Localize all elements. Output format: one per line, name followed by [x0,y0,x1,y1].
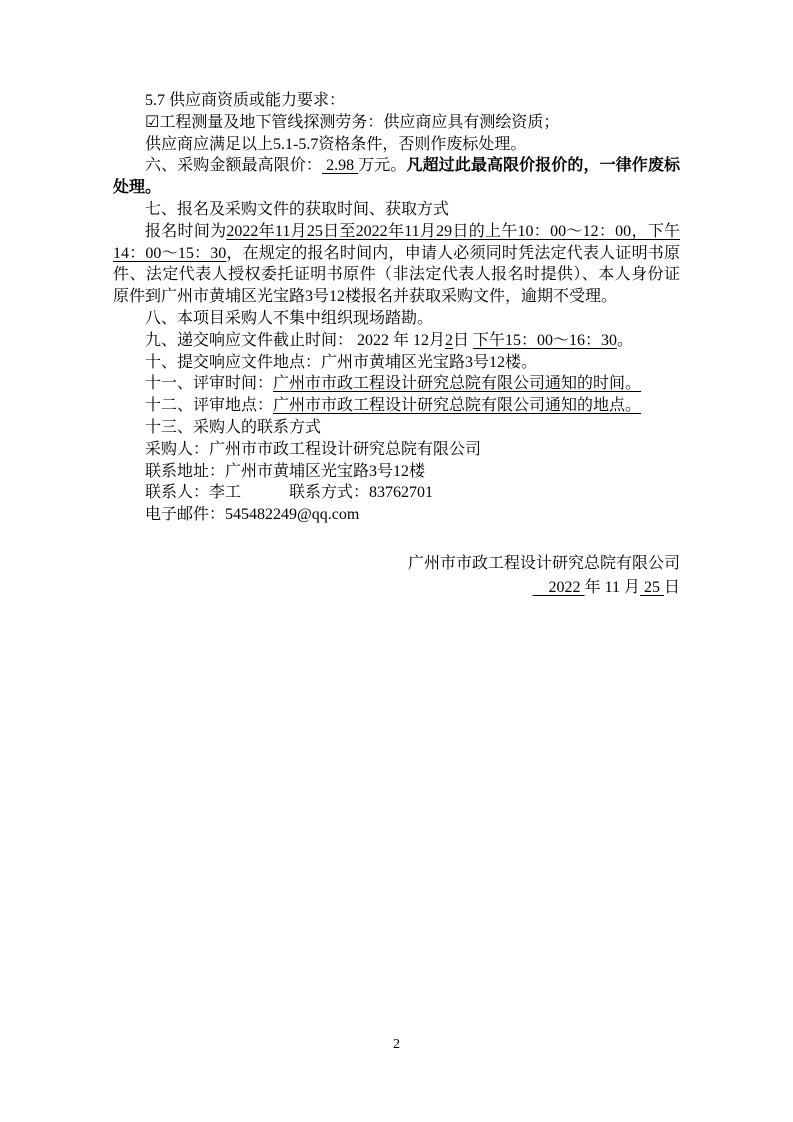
contact-person-line: 联系人：李工 联系方式：83762701 [113,482,680,504]
clause-7-text: 七、报名及采购文件的获取时间、获取方式 [145,201,449,218]
checkbox-line-text: 工程测量及地下管线探测劳务：供应商应具有测绘资质； [159,114,559,131]
clause-5-7-text: 5.7 供应商资质或能力要求： [145,92,345,109]
signature-date-month: 年 11 月 [585,579,640,596]
signature-date: 2022 年 11 月 25 日 [113,576,680,600]
purchaser-text: 采购人：广州市市政工程设计研究总院有限公司 [145,441,481,458]
clause-6-label: 六、采购金额最高限价： [145,157,322,174]
deadline-day: 2 [445,332,453,349]
page-number: 2 [0,1036,793,1054]
clause-13-text: 十三、采购人的联系方式 [145,419,321,436]
deadline-label: 九、递交响应文件截止时间： 2022 年 12月 [145,332,445,349]
review-time-value: 广州市市政工程设计研究总院有限公司通知的时间。 [273,375,641,392]
contact-address-text: 联系地址：广州市黄埔区光宝路3号12楼 [145,463,425,480]
clause-11-review-time: 十一、评审时间：广州市市政工程设计研究总院有限公司通知的时间。 [113,373,680,395]
deadline-period: 。 [617,332,633,349]
registration-prefix: 报名时间为 [145,223,226,240]
clause-6-price-limit: 六、采购金额最高限价： 2.98 万元。凡超过此最高限价报价的，一律作废标处理。 [113,155,680,199]
clause-8-text: 八、本项目采购人不集中组织现场踏勘。 [145,310,433,327]
document-body: 5.7 供应商资质或能力要求： ☑工程测量及地下管线探测劳务：供应商应具有测绘资… [113,90,680,600]
clause-13-heading: 十三、采购人的联系方式 [113,417,680,439]
deadline-day-suffix: 日 [453,332,473,349]
clause-12-label: 十二、评审地点： [145,397,273,414]
clause-5-7-heading: 5.7 供应商资质或能力要求： [113,90,680,112]
signature-date-year: 2022 [533,579,585,596]
registration-time-paragraph: 报名时间为2022年11月25日至2022年11月29日的上午10：00～12：… [113,221,680,308]
qualification-note-line: 供应商应满足以上5.1-5.7资格条件，否则作废标处理。 [113,134,680,156]
qualification-note-text: 供应商应满足以上5.1-5.7资格条件，否则作废标处理。 [145,136,526,153]
signature-date-suffix: 日 [664,579,680,596]
signature-date-day: 25 [640,579,664,596]
checked-checkbox-icon: ☑ [145,114,159,131]
price-limit-value: 2.98 [322,157,358,174]
document-page: 5.7 供应商资质或能力要求： ☑工程测量及地下管线探测劳务：供应商应具有测绘资… [0,0,793,1122]
clause-10-location: 十、提交响应文件地点：广州市黄埔区光宝路3号12楼。 [113,352,680,374]
clause-10-text: 十、提交响应文件地点：广州市黄埔区光宝路3号12楼。 [145,354,537,371]
contact-address-line: 联系地址：广州市黄埔区光宝路3号12楼 [113,461,680,483]
signature-block: 广州市市政工程设计研究总院有限公司 2022 年 11 月 25 日 [113,552,680,600]
clause-9-deadline: 九、递交响应文件截止时间： 2022 年 12月2日 下午15：00～16：30… [113,330,680,352]
signature-company-name: 广州市市政工程设计研究总院有限公司 [408,555,680,572]
clause-12-review-place: 十二、评审地点：广州市市政工程设计研究总院有限公司通知的地点。 [113,395,680,417]
contact-person-text: 联系人：李工 联系方式：83762701 [145,484,433,501]
signature-company: 广州市市政工程设计研究总院有限公司 [113,552,680,576]
price-limit-unit: 万元。 [358,157,406,174]
purchaser-line: 采购人：广州市市政工程设计研究总院有限公司 [113,439,680,461]
clause-11-label: 十一、评审时间： [145,375,273,392]
clause-7-heading: 七、报名及采购文件的获取时间、获取方式 [113,199,680,221]
clause-8-site-visit: 八、本项目采购人不集中组织现场踏勘。 [113,308,680,330]
email-text: 电子邮件：545482249@qq.com [145,506,359,523]
review-place-value: 广州市市政工程设计研究总院有限公司通知的地点。 [273,397,641,414]
clause-checkbox-line: ☑工程测量及地下管线探测劳务：供应商应具有测绘资质； [113,112,680,134]
deadline-time-range: 下午15：00～16：30 [473,332,617,349]
email-line: 电子邮件：545482249@qq.com [113,504,680,526]
